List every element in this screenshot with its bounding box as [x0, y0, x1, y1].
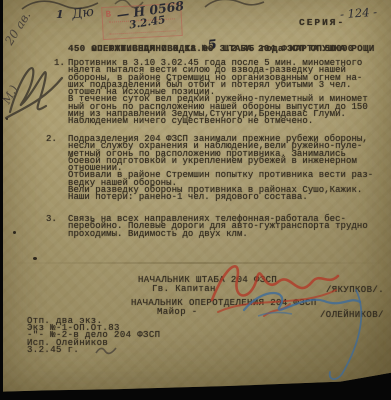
- page-number: - 124 -: [340, 5, 378, 22]
- seriya-label: СЕРИЯ-: [299, 19, 345, 26]
- paragraph-3-number: 3.: [46, 216, 57, 223]
- paper-speck: [33, 257, 37, 260]
- scanned-document: 20 ав. М.) 1 Дю В — Н 0568 3.2.45 - 124 …: [0, 0, 391, 400]
- registration-mark: 1: [56, 8, 64, 21]
- signature-scribble-blue-icon: [238, 282, 373, 387]
- stamp-printed-letter: В: [105, 10, 111, 20]
- registration-scribble: Дю: [71, 5, 95, 23]
- paragraph-1-number: 1.: [54, 60, 65, 67]
- paragraph-3-text: Связь на всех направлениях телефонная-ра…: [68, 216, 368, 238]
- paper-speck: [13, 231, 16, 234]
- signer2-rank: Майор -: [157, 309, 198, 316]
- margin-signature-scribble-icon: [4, 42, 68, 120]
- paragraph-1-text: Противник в 3.10 3.02.45 года после 5 ми…: [68, 60, 368, 126]
- doc-title-line2: 450 м. ЮЖН.СЕЦМНИ К 18.00 3.2.45 года КА…: [68, 45, 354, 54]
- paper-speck: [6, 118, 8, 120]
- paragraph-2-number: 2.: [46, 136, 57, 143]
- paragraph-2-text: Подразделения 204 ФЗСП занимали прежние …: [68, 136, 373, 202]
- footer-checkmark-icon: [94, 345, 118, 355]
